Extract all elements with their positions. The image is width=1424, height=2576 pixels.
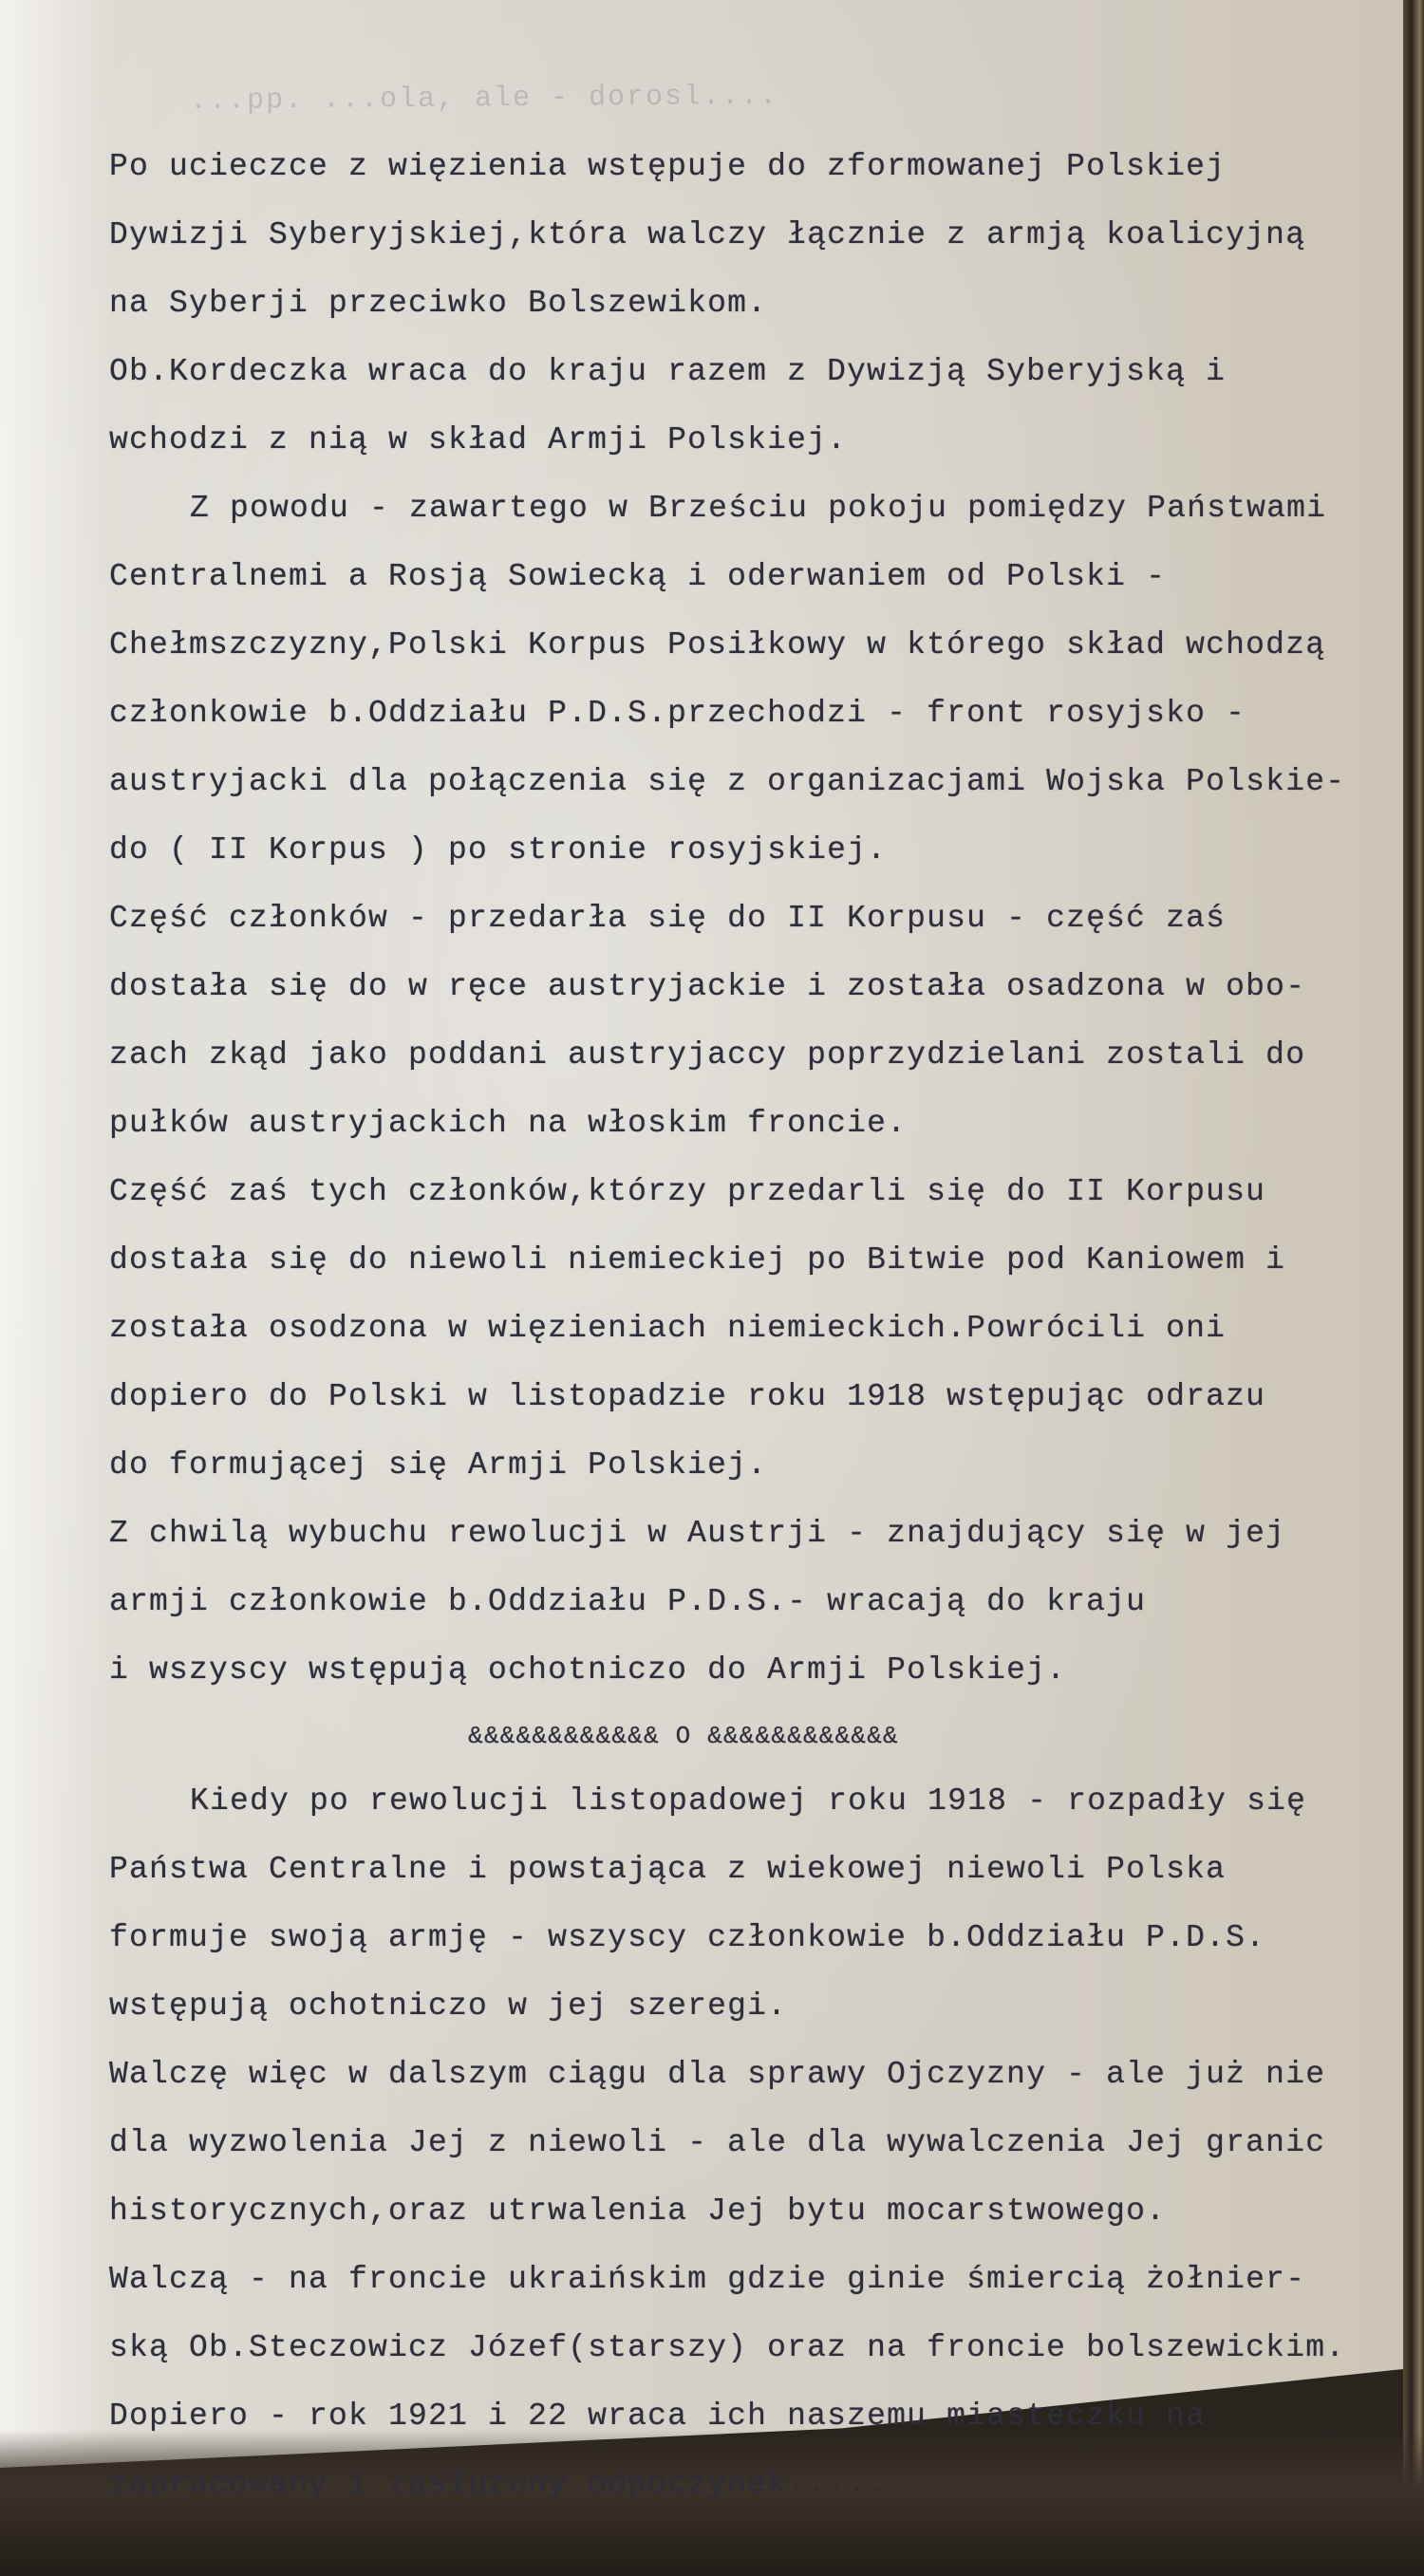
- text-line: członkowie b.Oddziału P.D.S.przechodzi -…: [109, 680, 1372, 748]
- text-line: austryjacki dla połączenia się z organiz…: [109, 748, 1372, 816]
- text-line: wchodzi z nią w skład Armji Polskiej.: [109, 406, 1372, 475]
- section-divider: &&&&&&&&&&&& O &&&&&&&&&&&&: [109, 1705, 1372, 1767]
- text-line: Część zaś tych członków,którzy przedarli…: [109, 1158, 1372, 1226]
- text-line: została osodzona w więzieniach niemiecki…: [109, 1295, 1372, 1363]
- text-line: Chełmszczyzny,Polski Korpus Posiłkowy w …: [109, 611, 1372, 680]
- text-line: wstępują ochotniczo w jej szeregi.: [109, 1972, 1372, 2041]
- text-line: Centralnemi a Rosją Sowiecką i oderwanie…: [109, 543, 1372, 611]
- text-line: ską Ob.Steczowicz Józef(starszy) oraz na…: [109, 2314, 1372, 2382]
- text-line: zach zkąd jako poddani austryjaccy poprz…: [109, 1021, 1372, 1090]
- section-after-divider: Kiedy po rewolucji listopadowej roku 191…: [109, 1767, 1372, 2519]
- section-before-divider: Po ucieczce z więzienia wstępuje do zfor…: [109, 133, 1372, 1705]
- text-line: dla wyzwolenia Jej z niewoli - ale dla w…: [109, 2109, 1372, 2177]
- text-line: Dopiero - rok 1921 i 22 wraca ich naszem…: [109, 2382, 1372, 2451]
- text-line: armji członkowie b.Oddziału P.D.S.- wrac…: [109, 1568, 1372, 1636]
- text-line: dostała się do niewoli niemieckiej po Bi…: [109, 1226, 1372, 1295]
- text-line: Walczę więc w dalszym ciągu dla sprawy O…: [109, 2041, 1372, 2109]
- text-line: historycznych,oraz utrwalenia Jej bytu m…: [109, 2177, 1372, 2246]
- text-line: Po ucieczce z więzienia wstępuje do zfor…: [109, 133, 1372, 201]
- bleed-through-text: ...pp. ...ola, ale - dorosl....: [190, 76, 1282, 118]
- text-line: Dywizji Syberyjskiej,która walczy łączni…: [109, 201, 1372, 270]
- text-line: Państwa Centralne i powstająca z wiekowe…: [109, 1836, 1372, 1904]
- text-line: Z chwilą wybuchu rewolucji w Austrji - z…: [109, 1500, 1372, 1568]
- document-body: Po ucieczce z więzienia wstępuje do zfor…: [109, 133, 1372, 2519]
- text-line: na Syberji przeciwko Bolszewikom.: [109, 270, 1372, 338]
- text-line: zapracowany i zasłużony odpoczynek.....: [109, 2451, 1372, 2519]
- text-line: Ob.Kordeczka wraca do kraju razem z Dywi…: [109, 338, 1372, 406]
- text-line: formuje swoją armję - wszyscy członkowie…: [109, 1904, 1372, 1972]
- text-line: do formującej się Armji Polskiej.: [109, 1431, 1372, 1500]
- book-binding-edge: [1403, 0, 1424, 2576]
- text-line: i wszyscy wstępują ochotniczo do Armji P…: [109, 1636, 1372, 1705]
- text-line: pułków austryjackich na włoskim froncie.: [109, 1090, 1372, 1158]
- text-line: dopiero do Polski w listopadzie roku 191…: [109, 1363, 1372, 1431]
- text-line: Walczą - na froncie ukraińskim gdzie gin…: [109, 2246, 1372, 2314]
- text-line: do ( II Korpus ) po stronie rosyjskiej.: [109, 816, 1372, 885]
- text-line: Z powodu - zawartego w Brześciu pokoju p…: [109, 475, 1372, 543]
- text-line: dostała się do w ręce austryjackie i zos…: [109, 953, 1372, 1021]
- text-line: Kiedy po rewolucji listopadowej roku 191…: [109, 1767, 1372, 1836]
- text-line: Część członków - przedarła się do II Kor…: [109, 885, 1372, 953]
